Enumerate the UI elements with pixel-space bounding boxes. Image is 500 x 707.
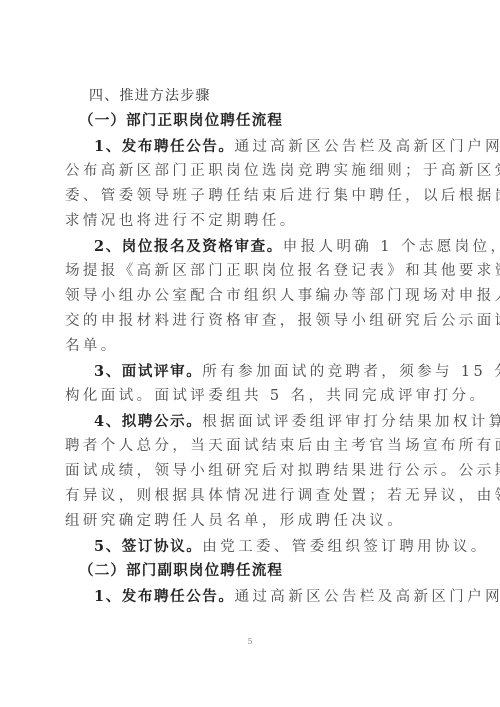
paragraph-line: 面试成绩，领导小组研究后对拟聘结果进行公示。公示期内若 [65,459,427,484]
paragraph-line: 名单。 [65,334,427,359]
step-label: 1、发布聘任公告。 [94,138,235,155]
paragraph-line: 有异议，则根据具体情况进行调查处置；若无异议，由领导小 [65,484,427,509]
step-label: 3、面试评审。 [94,363,202,380]
paragraph-line: 1、发布聘任公告。通过高新区公告栏及高新区门户网站 [65,134,427,159]
paragraph-line: 聘者个人总分，当天面试结束后由主考官当场宣布所有面试者 [65,434,427,459]
subsection-title: （二）部门副职岗位聘任流程 [65,559,427,584]
paragraph-line: 2、岗位报名及资格审查。申报人明确 1 个志愿岗位，现 [65,234,427,259]
paragraph-line: 3、面试评审。所有参加面试的竞聘者，须参与 15 分钟结 [65,359,427,384]
paragraph-line: 委、管委领导班子聘任结束后进行集中聘任，以后根据岗位需 [65,184,427,209]
subsection-title: （一）部门正职岗位聘任流程 [65,109,427,134]
paragraph-line: 构化面试。面试评委组共 5 名，共同完成评审打分。 [65,384,427,409]
step-label: 2、岗位报名及资格审查。 [94,238,283,255]
paragraph-line: 交的申报材料进行资格审查，报领导小组研究后公示面试人员 [65,309,427,334]
step-label: 4、拟聘公示。 [94,413,202,430]
paragraph-line: 1、发布聘任公告。通过高新区公告栏及高新区门户网站 [65,584,427,609]
paragraph-line: 场提报《高新区部门正职岗位报名登记表》和其他要求资料。 [65,259,427,284]
paragraph-line: 公布高新区部门正职岗位选岗竞聘实施细则；于高新区党工 [65,159,427,184]
document-page: 四、推进方法步骤 （一）部门正职岗位聘任流程 1、发布聘任公告。通过高新区公告栏… [65,84,427,609]
paragraph-line: 组研究确定聘任人员名单，形成聘任决议。 [65,509,427,534]
paragraph-line: 4、拟聘公示。根据面试评委组评审打分结果加权计算竞 [65,409,427,434]
paragraph-line: 求情况也将进行不定期聘任。 [65,209,427,234]
paragraph-line: 5、签订协议。由党工委、管委组织签订聘用协议。 [65,534,427,559]
step-label: 1、发布聘任公告。 [94,588,235,605]
paragraph-line: 领导小组办公室配合市组织人事编办等部门现场对申报人提 [65,284,427,309]
step-label: 5、签订协议。 [94,538,202,555]
section-heading: 四、推进方法步骤 [65,84,427,109]
page-number: 5 [0,637,500,646]
